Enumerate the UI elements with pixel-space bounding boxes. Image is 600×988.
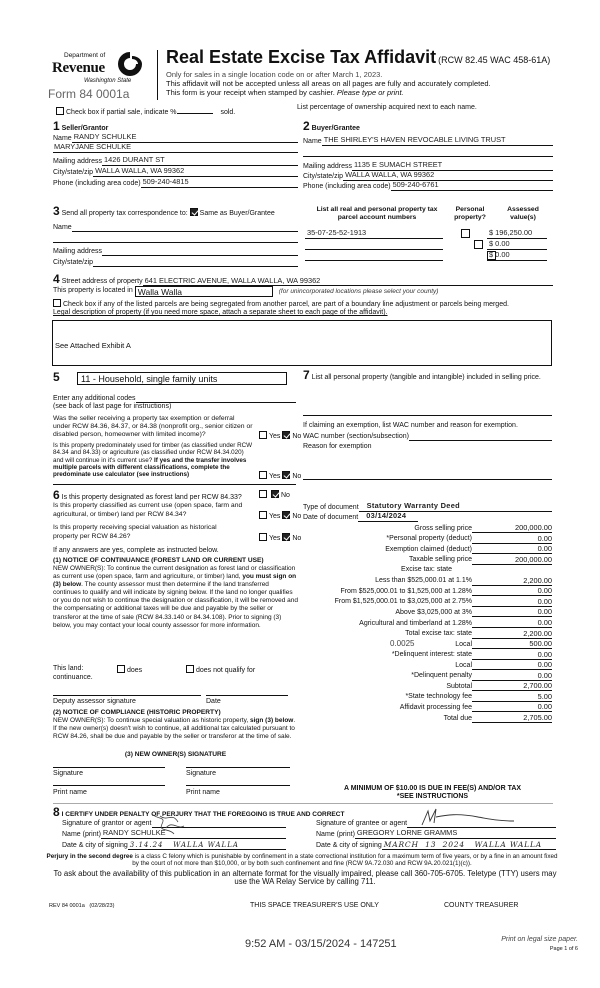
seller-phone-row: Phone (including area code) 509-240-4815: [53, 178, 298, 188]
partial-sale-percent-field[interactable]: [177, 106, 213, 114]
same-as-buyer-label: Same as Buyer/Grantee: [200, 210, 275, 217]
corr-name-field[interactable]: [72, 222, 298, 232]
historical-yes-no: Yes No: [259, 533, 301, 543]
timber-question: Is this property predominately used for …: [53, 442, 253, 478]
parcel-number-value: [305, 250, 307, 259]
seller-name2-field[interactable]: MARYJANE SCHULKE: [53, 143, 298, 153]
section-number: 6: [53, 488, 60, 502]
buyer-name-label: Name: [303, 138, 322, 146]
grantor-date-value: 3.14.24 WALLA WALLA: [128, 841, 239, 849]
personal-property-label: List all personal property (tangible and…: [312, 374, 541, 381]
historical-yes-checkbox[interactable]: [259, 533, 267, 541]
notice1-text: NEW OWNER(S): To continue the current de…: [53, 565, 298, 630]
land-use-code-select[interactable]: 11 - Household, single family units: [77, 372, 287, 385]
grantor-date-field[interactable]: 3.14.24 WALLA WALLA: [128, 840, 286, 850]
parcels-col-parcel-header: List all real and personal property tax …: [308, 206, 446, 222]
page-title: Real Estate Excise Tax Affidavit (RCW 82…: [166, 47, 550, 69]
legal-description-value: See Attached Exhibit A: [55, 341, 131, 350]
header-note-3b: Please type or print.: [337, 88, 404, 97]
deputy-date-field[interactable]: [206, 690, 288, 696]
section-number: 1: [53, 119, 60, 133]
does-not-label: does not qualify for: [196, 667, 255, 674]
this-land-label: This land:: [53, 665, 83, 673]
section-number: 5: [53, 370, 60, 384]
property-street-row: 4 Street address of property 641 ELECTRI…: [53, 272, 553, 286]
property-county-row: This property is located in Walla Walla …: [53, 286, 438, 297]
corr-city-field[interactable]: [93, 257, 298, 267]
perjury-bold: Perjury in the second degree: [47, 853, 133, 860]
correspondence-label: Send all property tax correspondence to:: [62, 210, 188, 217]
forest-yes-no: No: [259, 490, 290, 500]
assessed-value: $ 0.00: [487, 239, 510, 248]
new-owner-signature-1-field[interactable]: [53, 762, 165, 768]
tax-row-label: Total due: [300, 715, 472, 723]
buyer-name2-field[interactable]: [303, 147, 553, 157]
see-instructions-note: *SEE INSTRUCTIONS: [300, 793, 565, 801]
does-qualify: does: [117, 665, 142, 675]
wac-number-row: WAC number (section/subsection): [303, 431, 552, 441]
buyer-address-value: 1135 E SUMACH STREET: [352, 161, 442, 170]
forest-yes-checkbox[interactable]: [259, 490, 267, 498]
new-owner-print-1-field[interactable]: [53, 780, 165, 786]
partial-sale-checkbox[interactable]: [56, 107, 64, 115]
section-number: 4: [53, 272, 60, 286]
certify-text: I CERTIFY UNDER PENALTY OF PERJURY THAT …: [62, 811, 345, 818]
corr-name-row: Name: [53, 222, 298, 232]
seller-city-value: WALLA WALLA, WA 99362: [93, 167, 184, 176]
buyer-city-label: City/state/zip: [303, 173, 343, 181]
partial-sale-sold-label: sold.: [220, 109, 235, 116]
current-use-no-checkbox[interactable]: [282, 511, 290, 519]
does-not-qualify-checkbox[interactable]: [186, 665, 194, 673]
dor-swirl-logo-icon: [116, 50, 144, 78]
treasurer-use-label: THIS SPACE TREASURER'S USE ONLY: [250, 902, 379, 910]
parcel-number-field[interactable]: [305, 240, 443, 250]
grantor-name-field[interactable]: RANDY SCHULKE: [101, 829, 286, 839]
grantee-signature-scribble: [418, 805, 528, 827]
seller-address-value: 1426 DURANT ST: [102, 156, 165, 165]
citation-text: (RCW 82.45 WAC 458-61A): [438, 55, 550, 65]
dor-logo: Department of Revenue Washington State: [52, 50, 152, 90]
tax-row-value[interactable]: 2,705.00: [488, 713, 552, 723]
corr-address-label: Mailing address: [53, 248, 102, 256]
notice2-text-a: NEW OWNER(S): To continue special valuat…: [53, 717, 248, 724]
corr-city-row: City/state/zip: [53, 257, 298, 267]
corr-address-row: Mailing address: [53, 246, 298, 256]
signature-label-1: Signature: [53, 770, 83, 778]
new-owner-signature-2-field[interactable]: [186, 762, 290, 768]
property-located-label: This property is located in: [53, 287, 133, 295]
seller-phone-value: 509-240-4815: [141, 178, 189, 187]
county-treasurer-label: COUNTY TREASURER: [444, 902, 518, 910]
tax-row: Taxable selling price 200,000.00: [300, 553, 552, 565]
notice1-text-b: . The county assessor must then determin…: [53, 581, 298, 628]
property-street-field[interactable]: 641 ELECTRIC AVENUE, WALLA WALLA, WA 993…: [143, 276, 553, 286]
wac-number-field[interactable]: [409, 431, 552, 441]
forest-question: 6 Is this property designated as forest …: [53, 488, 242, 502]
assessed-value: $ 196,250.00: [487, 228, 532, 237]
header-note-3: This form is your receipt when stamped b…: [166, 88, 404, 97]
continuance-label: continuance.: [53, 674, 93, 682]
buyer-name-row: Name THE SHIRLEY'S HAVEN REVOCABLE LIVIN…: [303, 136, 553, 146]
segregated-row: Check box if any of the listed parcels a…: [53, 299, 509, 309]
seller-phone-label: Phone (including area code): [53, 180, 141, 188]
header-note-3a: This form is your receipt when stamped b…: [166, 88, 335, 97]
personal-property-heading: 7 List all personal property (tangible a…: [303, 371, 555, 383]
section8-top-rule: [53, 803, 553, 804]
grantor-signature-label: Signature of grantor or agent: [62, 820, 152, 828]
grantor-date-label: Date & city of signing: [62, 842, 128, 850]
accessibility-notice: To ask about the availability of this pu…: [50, 870, 560, 886]
does-not-qualify: does not qualify for: [186, 665, 255, 675]
segregated-checkbox[interactable]: [53, 299, 61, 307]
tax-row: Total due 2,705.00: [300, 711, 552, 723]
grantee-date-field[interactable]: MARCH 13 2024 WALLA WALLA: [382, 840, 556, 850]
no-label: No: [292, 433, 301, 440]
tax-row-leader: [472, 555, 488, 565]
parcels-col-personal-header: Personal property?: [450, 206, 490, 222]
reason-for-exemption-label: Reason for exemption: [303, 443, 371, 451]
seller-address-field[interactable]: 1426 DURANT ST: [102, 156, 298, 166]
additional-codes-label: Enter any additional codes: [53, 395, 136, 403]
parcel-number-value: [305, 239, 307, 248]
exemption-yes-checkbox[interactable]: [259, 431, 267, 439]
forest-no-checkbox[interactable]: [271, 490, 279, 498]
section-number: 7: [303, 368, 310, 382]
ownership-note: List percentage of ownership acquired ne…: [297, 104, 477, 112]
deputy-date-label: Date: [206, 698, 221, 706]
assessed-value-field[interactable]: $ 196,250.00: [487, 229, 547, 239]
parcels-table: 35-07-25-52-1913 $ 196,250.00 $ 0.00 $ 0…: [0, 0, 600, 11]
county-select[interactable]: Walla Walla: [135, 286, 273, 297]
buyer-phone-value: 509-240-6761: [391, 181, 439, 190]
segregated-label: Check box if any of the listed parcels a…: [63, 301, 509, 308]
assessed-value-field[interactable]: $ 0.00: [487, 240, 547, 250]
grantor-signature-scribble: [148, 810, 188, 838]
no-label: No: [292, 513, 301, 520]
buyer-name2-row: [303, 147, 553, 157]
timber-no-checkbox[interactable]: [282, 471, 290, 479]
exemption-question: Was the seller receiving a property tax …: [53, 415, 253, 439]
seller-phone-field[interactable]: 509-240-4815: [141, 178, 298, 188]
logo-state-text: Washington State: [84, 78, 131, 85]
if-yes-note: If any answers are yes, complete as inst…: [53, 547, 219, 555]
notice2-title: (2) NOTICE OF COMPLIANCE (HISTORIC PROPE…: [53, 709, 221, 717]
corr-name-label: Name: [53, 224, 72, 232]
corr-name2-row: [53, 233, 298, 243]
assessed-value: $ 0.00: [487, 250, 510, 259]
exemption-instructions: If claiming an exemption, list WAC numbe…: [303, 422, 518, 430]
yes-label: Yes: [269, 535, 280, 542]
yes-label: Yes: [269, 513, 280, 520]
section-number: 2: [303, 119, 310, 133]
buyer-phone-field[interactable]: 509-240-6761: [391, 181, 553, 191]
signature-label-2: Signature: [186, 770, 216, 778]
exemption-no-checkbox[interactable]: [282, 431, 290, 439]
personal-property-field[interactable]: [303, 400, 552, 416]
timber-yes-checkbox[interactable]: [259, 471, 267, 479]
partial-sale-label: Check box if partial sale, indicate %: [66, 109, 177, 116]
grantee-date-label: Date & city of signing: [316, 842, 382, 850]
legal-description-label: Legal description of property (if you ne…: [53, 309, 388, 317]
document-type-row: Type of document Statutory Warranty Deed: [303, 502, 552, 512]
seller-city-field[interactable]: WALLA WALLA, WA 99362: [93, 167, 298, 177]
seller-title: Seller/Grantor: [62, 125, 109, 132]
buyer-title: Buyer/Grantee: [312, 125, 360, 132]
section-number: 8: [53, 805, 60, 819]
parcel-number-field[interactable]: 35-07-25-52-1913: [305, 229, 443, 239]
exemption-yes-no: Yes No: [259, 431, 301, 441]
section5-divider: [53, 484, 296, 485]
title-text: Real Estate Excise Tax Affidavit: [166, 47, 436, 67]
new-owner-print-2-field[interactable]: [186, 780, 290, 786]
deputy-signature-field[interactable]: [53, 690, 201, 696]
buyer-name-value: THE SHIRLEY'S HAVEN REVOCABLE LIVING TRU…: [322, 136, 506, 145]
seller-city-label: City/state/zip: [53, 169, 93, 177]
historical-no-checkbox[interactable]: [282, 533, 290, 541]
form-number: Form 84 0001a: [48, 87, 129, 101]
yes-label: Yes: [269, 433, 280, 440]
buyer-city-field[interactable]: WALLA WALLA, WA 99362: [343, 171, 553, 181]
grantee-name-label: Name (print): [316, 831, 355, 839]
perjury-text: is a class C felony which is punishable …: [132, 853, 557, 867]
additional-codes-field[interactable]: [136, 393, 297, 403]
grantor-name-label: Name (print): [62, 831, 101, 839]
seller-name-value: RANDY SCHULKE: [72, 133, 137, 142]
no-label: No: [281, 492, 290, 499]
new-owner-signature-title: (3) NEW OWNER(S) SIGNATURE: [53, 751, 298, 759]
personal-property-checkbox[interactable]: [461, 229, 470, 238]
legal-description-box[interactable]: See Attached Exhibit A: [52, 320, 552, 366]
corr-city-label: City/state/zip: [53, 259, 93, 267]
print-name-label-2: Print name: [186, 789, 220, 797]
grantee-name-field[interactable]: GREGORY LORNE GRAMMS: [355, 829, 556, 839]
document-type-value: Statutory Warranty Deed: [359, 502, 460, 511]
buyer-heading: 2 Buyer/Grantee: [303, 119, 360, 133]
document-type-label: Type of document: [303, 504, 359, 512]
perjury-notice: Perjury in the second degree is a class …: [44, 853, 560, 868]
grantee-name-row: Name (print) GREGORY LORNE GRAMMS: [316, 829, 556, 839]
yes-label: Yes: [269, 473, 280, 480]
does-label: does: [127, 667, 142, 674]
same-as-buyer-checkbox[interactable]: [190, 208, 198, 216]
seller-address-row: Mailing address 1426 DURANT ST: [53, 156, 298, 166]
header-note-1: Only for sales in a single location code…: [166, 70, 382, 79]
personal-property-checkbox[interactable]: [474, 240, 483, 249]
additional-codes-row: Enter any additional codes: [53, 393, 296, 403]
revision-number: REV 84 0001a (02/28/23): [49, 903, 114, 910]
seller-name2-value: MARYJANE SCHULKE: [53, 143, 131, 152]
page-number: Page 1 of 6: [500, 946, 578, 953]
does-qualify-checkbox[interactable]: [117, 665, 125, 673]
deputy-signature-label: Deputy assessor signature: [53, 698, 136, 706]
buyer-phone-label: Phone (including area code): [303, 183, 391, 191]
print-name-label-1: Print name: [53, 789, 87, 797]
current-use-yes-checkbox[interactable]: [259, 511, 267, 519]
correspondence-heading: 3 Send all property tax correspondence t…: [53, 204, 275, 218]
corr-name2-field[interactable]: [53, 233, 298, 243]
current-use-yes-no: Yes No: [259, 511, 301, 521]
county-note: (for unincorporated locations please sel…: [279, 288, 439, 296]
no-label: No: [292, 473, 301, 480]
historical-question: Is this property receiving special valua…: [53, 524, 243, 541]
seller-name2-row: MARYJANE SCHULKE: [53, 143, 298, 153]
print-note: Print on legal size paper.: [460, 936, 578, 944]
buyer-city-value: WALLA WALLA, WA 99362: [343, 171, 434, 180]
timber-yes-no: Yes No: [259, 471, 301, 481]
notice2-text-bold: sign (3) below: [250, 717, 293, 724]
reason-for-exemption-field[interactable]: [303, 476, 552, 480]
seller-address-label: Mailing address: [53, 158, 102, 166]
tax-row-leader: [472, 713, 488, 723]
header-note-2: This affidavit will not be accepted unle…: [166, 79, 491, 88]
parcels-col-value-header: Assessed value(s): [500, 206, 546, 222]
parcel-number-field[interactable]: [305, 251, 443, 261]
forest-question-text: Is this property designated as forest la…: [62, 494, 242, 501]
partial-sale-row: Check box if partial sale, indicate % so…: [56, 106, 235, 117]
grantee-date-value: MARCH 13 2024 WALLA WALLA: [382, 840, 542, 849]
recording-stamp: 9:52 AM - 03/15/2024 - 147251: [245, 938, 397, 951]
logo-revenue-text: Revenue: [52, 59, 105, 77]
grantor-date-row: Date & city of signing 3.14.24 WALLA WAL…: [62, 840, 286, 850]
header-divider: [157, 50, 158, 100]
additional-codes-note: (see back of last page for instructions): [53, 403, 171, 411]
parcel-number-value: 35-07-25-52-1913: [305, 228, 366, 237]
current-use-question: Is this property classified as current u…: [53, 502, 253, 519]
grantee-signature-label: Signature of grantee or agent: [316, 820, 407, 828]
document-date-value: 03/14/2024: [358, 512, 406, 521]
notice2-text: NEW OWNER(S): To continue special valuat…: [53, 717, 298, 741]
buyer-phone-row: Phone (including area code) 509-240-6761: [303, 181, 553, 191]
grantee-date-row: Date & city of signing MARCH 13 2024 WAL…: [316, 840, 556, 850]
assessed-value-field[interactable]: $ 0.00: [487, 251, 547, 261]
grantee-name-value: GREGORY LORNE GRAMMS: [355, 829, 457, 838]
wac-number-label: WAC number (section/subsection): [303, 433, 409, 441]
tax-row-label: Taxable selling price: [300, 556, 472, 564]
property-street-value: 641 ELECTRIC AVENUE, WALLA WALLA, WA 993…: [143, 277, 321, 286]
buyer-name-field[interactable]: THE SHIRLEY'S HAVEN REVOCABLE LIVING TRU…: [322, 136, 553, 146]
tax-row-value[interactable]: 200,000.00: [488, 555, 552, 565]
seller-city-row: City/state/zip WALLA WALLA, WA 99362: [53, 167, 298, 177]
section-number: 3: [53, 204, 60, 218]
corr-address-field[interactable]: [102, 246, 298, 256]
notice1-title: (1) NOTICE OF CONTINUANCE (FOREST LAND O…: [53, 557, 264, 565]
